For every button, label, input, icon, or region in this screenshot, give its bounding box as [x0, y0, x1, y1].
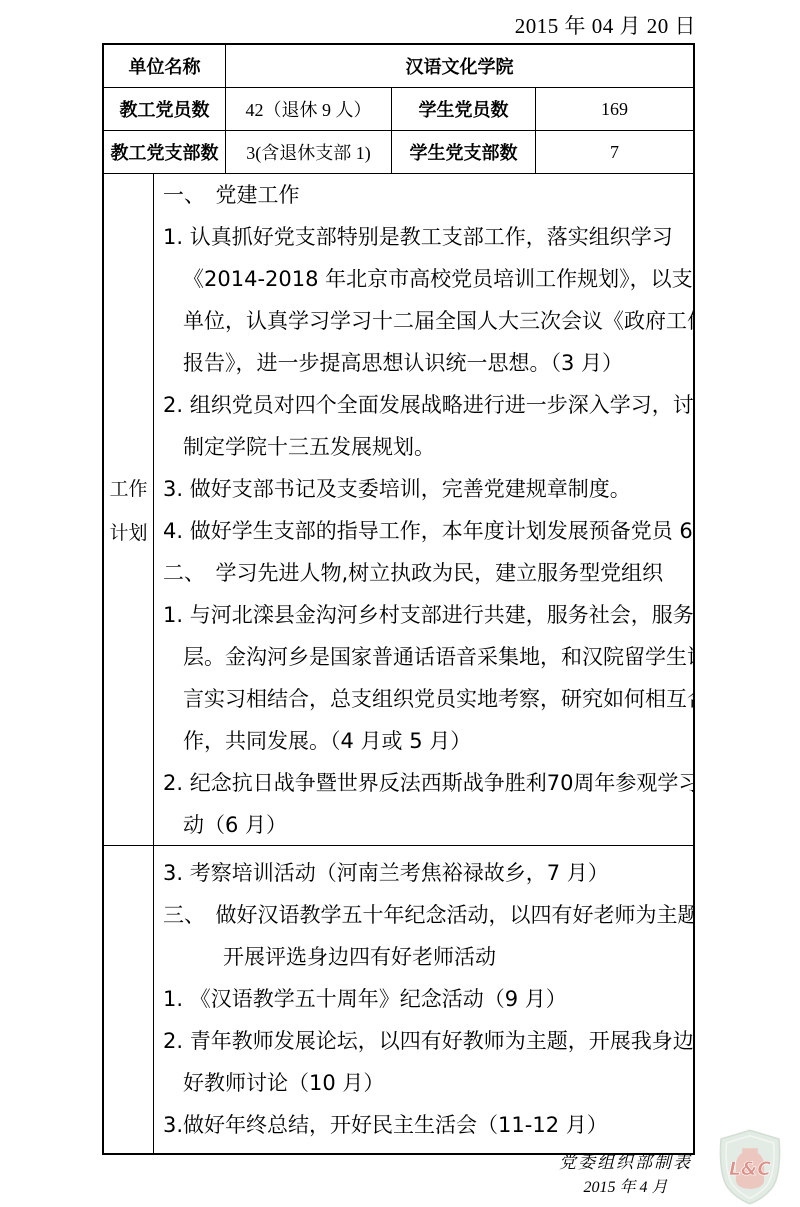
document-date: 2015 年 04 月 20 日 [515, 10, 696, 40]
content-line: 3. 考察培训活动（河南兰考焦裕禄故乡，7 月） [154, 852, 693, 894]
shield-icon: L&C [710, 1128, 790, 1206]
table-row-members: 教工党员数 42（退休 9 人） 学生党员数 169 [104, 88, 693, 131]
content-line: 1. 《汉语教学五十周年》纪念活动（9 月） [154, 978, 693, 1020]
content-line: 单位，认真学习学习十二届全国人大三次会议《政府工作 [154, 300, 693, 342]
plan-row-label-empty [104, 846, 154, 1153]
content-line: 1. 与河北滦县金沟河乡村支部进行共建，服务社会，服务基 [154, 594, 693, 636]
plan-block-2: 3. 考察培训活动（河南兰考焦裕禄故乡，7 月）三、 做好汉语教学五十年纪念活动… [104, 846, 693, 1153]
content-line: 动（6 月） [154, 804, 693, 845]
student-members-value: 169 [536, 88, 693, 130]
student-branches-label: 学生党支部数 [392, 131, 536, 173]
content-line: 4. 做好学生支部的指导工作，本年度计划发展预备党员 6 人。 [154, 510, 693, 552]
unit-name-label: 单位名称 [104, 45, 226, 87]
plan-block1-content: 一、 党建工作1. 认真抓好党支部特别是教工支部工作，落实组织学习《2014-2… [154, 174, 693, 845]
footer-date: 2015 年 4 月 [538, 1176, 713, 1200]
unit-name-value: 汉语文化学院 [226, 45, 693, 87]
plan-label-line2: 计划 [109, 518, 147, 545]
content-line: 2. 青年教师发展论坛，以四有好教师为主题，开展我身边的 [154, 1020, 693, 1062]
content-line: 《2014-2018 年北京市高校党员培训工作规划》，以支部为 [154, 258, 693, 300]
staff-members-label: 教工党员数 [104, 88, 226, 130]
content-line: 言实习相结合，总支组织党员实地考察，研究如何相互合 [154, 678, 693, 720]
table-row-branches: 教工党支部数 3(含退休支部 1) 学生党支部数 7 [104, 131, 693, 174]
plan-label-line1: 工作 [109, 474, 147, 501]
student-members-label: 学生党员数 [392, 88, 536, 130]
content-line: 2. 组织党员对四个全面发展战略进行进一步深入学习，讨论 [154, 384, 693, 426]
content-line: 好教师讨论（10 月） [154, 1062, 693, 1104]
content-line: 2. 纪念抗日战争暨世界反法西斯战争胜利70周年参观学习活 [154, 762, 693, 804]
content-line: 作，共同发展。（4 月或 5 月） [154, 720, 693, 762]
document-page: 2015 年 04 月 20 日 单位名称 汉语文化学院 教工党员数 42（退休… [0, 0, 800, 1207]
staff-branches-label: 教工党支部数 [104, 131, 226, 173]
content-line: 三、 做好汉语教学五十年纪念活动，以四有好老师为主题， [154, 894, 693, 936]
lc-shield-logo: L&C [710, 1128, 790, 1206]
table-row-unit: 单位名称 汉语文化学院 [104, 45, 693, 88]
content-line: 3. 做好支部书记及支委培训，完善党建规章制度。 [154, 468, 693, 510]
content-line: 3.做好年终总结，开好民主生活会（11-12 月） [154, 1104, 693, 1146]
plan-row-label: 工作 计划 [104, 174, 154, 845]
document-footer: 党委组织部制表 2015 年 4 月 [538, 1150, 713, 1200]
work-plan-table: 单位名称 汉语文化学院 教工党员数 42（退休 9 人） 学生党员数 169 教… [102, 43, 695, 1155]
content-line: 报告》，进一步提高思想认识统一思想。（3 月） [154, 342, 693, 384]
content-line: 开展评选身边四有好老师活动 [154, 936, 693, 978]
content-line: 1. 认真抓好党支部特别是教工支部工作，落实组织学习 [154, 216, 693, 258]
staff-members-value: 42（退休 9 人） [226, 88, 392, 130]
content-line: 二、 学习先进人物,树立执政为民，建立服务型党组织 [154, 552, 693, 594]
content-line: 一、 党建工作 [154, 174, 693, 216]
logo-text: L&C [729, 1159, 771, 1180]
staff-branches-value: 3(含退休支部 1) [226, 131, 392, 173]
content-line: 层。金沟河乡是国家普通话语音采集地，和汉院留学生语 [154, 636, 693, 678]
plan-block2-content: 3. 考察培训活动（河南兰考焦裕禄故乡，7 月）三、 做好汉语教学五十年纪念活动… [154, 846, 693, 1153]
student-branches-value: 7 [536, 131, 693, 173]
plan-block-1: 工作 计划 一、 党建工作1. 认真抓好党支部特别是教工支部工作，落实组织学习《… [104, 174, 693, 846]
footer-credit: 党委组织部制表 [538, 1150, 713, 1176]
content-line: 制定学院十三五发展规划。 [154, 426, 693, 468]
